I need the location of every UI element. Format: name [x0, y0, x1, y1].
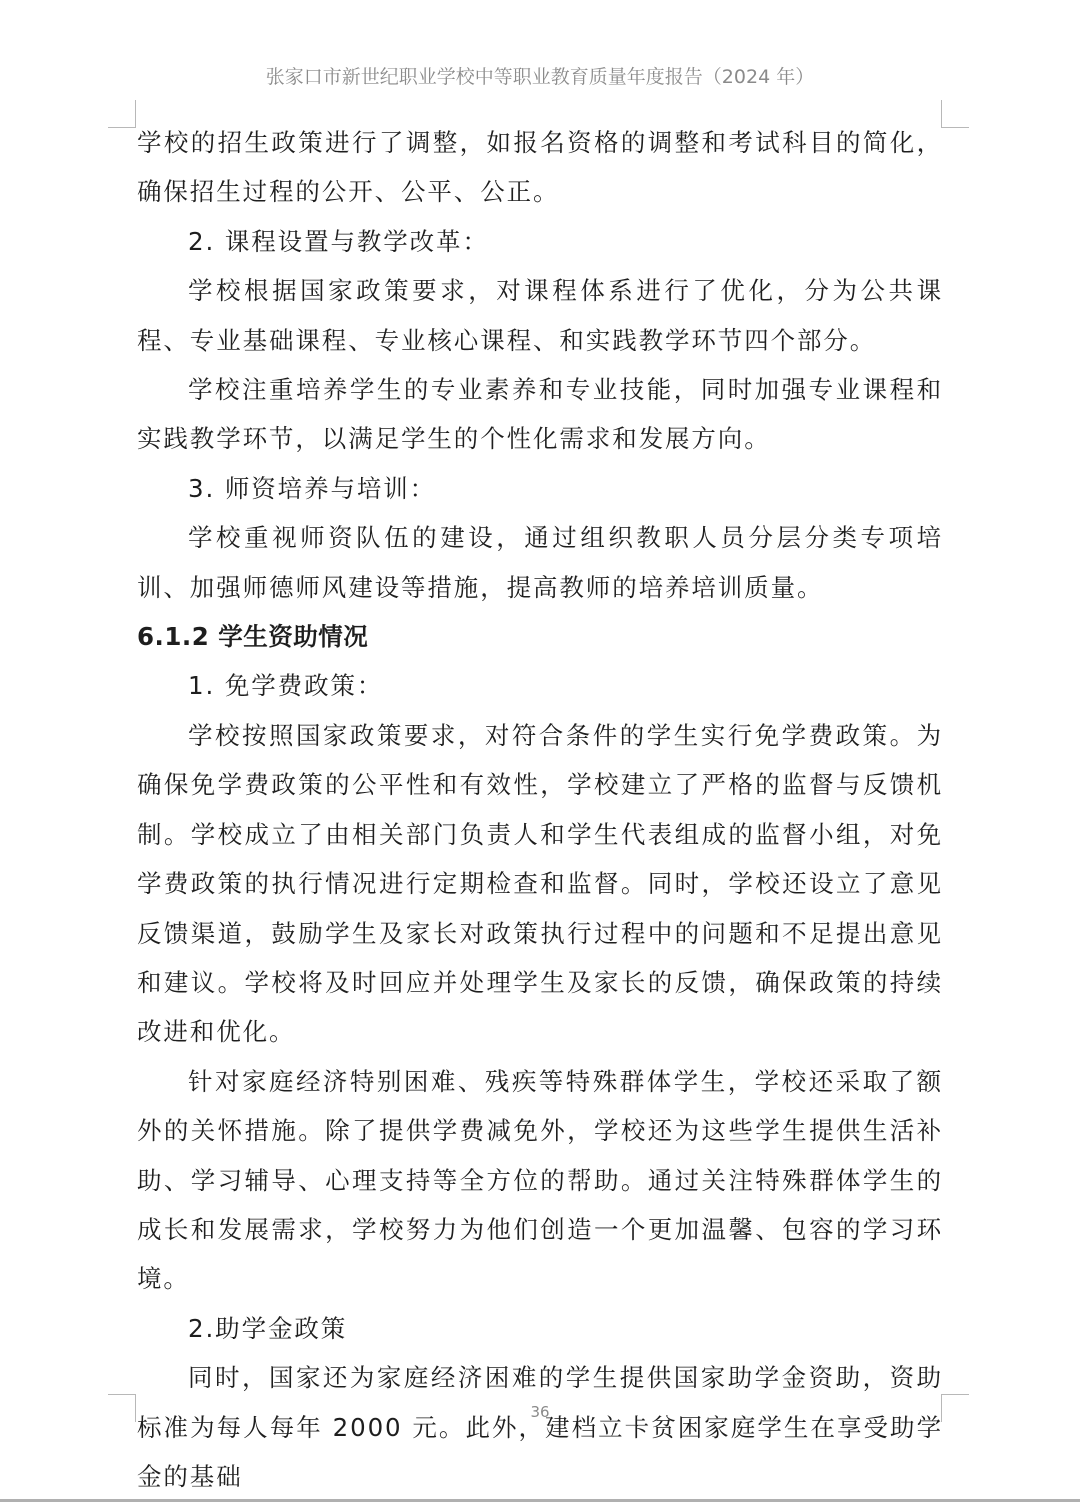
list-item-tuition-exemption: 1. 免学费政策：	[137, 661, 943, 710]
list-item-grant-policy: 2.助学金政策	[137, 1304, 943, 1353]
paragraph-curriculum-system: 学校根据国家政策要求，对课程体系进行了优化，分为公共课程、专业基础课程、专业核心…	[137, 266, 943, 365]
page-number: 36	[0, 1400, 1080, 1424]
list-item-curriculum-reform: 2. 课程设置与教学改革：	[137, 217, 943, 266]
list-item-teacher-training: 3. 师资培养与培训：	[137, 464, 943, 513]
crop-mark-top-left	[108, 100, 136, 128]
page-body: 学校的招生政策进行了调整，如报名资格的调整和考试科目的简化，确保招生过程的公开、…	[137, 118, 943, 1501]
paragraph-enrollment-policy-continued: 学校的招生政策进行了调整，如报名资格的调整和考试科目的简化，确保招生过程的公开、…	[137, 118, 943, 217]
paragraph-national-grant: 同时，国家还为家庭经济困难的学生提供国家助学金资助，资助标准为每人每年 2000…	[137, 1353, 943, 1501]
section-heading-student-aid: 6.1.2 学生资助情况	[137, 612, 943, 661]
crop-mark-top-right	[941, 100, 969, 128]
paragraph-teacher-team: 学校重视师资队伍的建设，通过组织教职人员分层分类专项培训、加强师德师风建设等措施…	[137, 513, 943, 612]
running-header: 张家口市新世纪职业学校中等职业教育质量年度报告（2024 年）	[0, 62, 1080, 92]
paragraph-professional-skills: 学校注重培养学生的专业素养和专业技能，同时加强专业课程和实践教学环节，以满足学生…	[137, 365, 943, 464]
paragraph-special-groups: 针对家庭经济特别困难、残疾等特殊群体学生，学校还采取了额外的关怀措施。除了提供学…	[137, 1057, 943, 1304]
paragraph-tuition-exemption: 学校按照国家政策要求，对符合条件的学生实行免学费政策。为确保免学费政策的公平性和…	[137, 711, 943, 1057]
